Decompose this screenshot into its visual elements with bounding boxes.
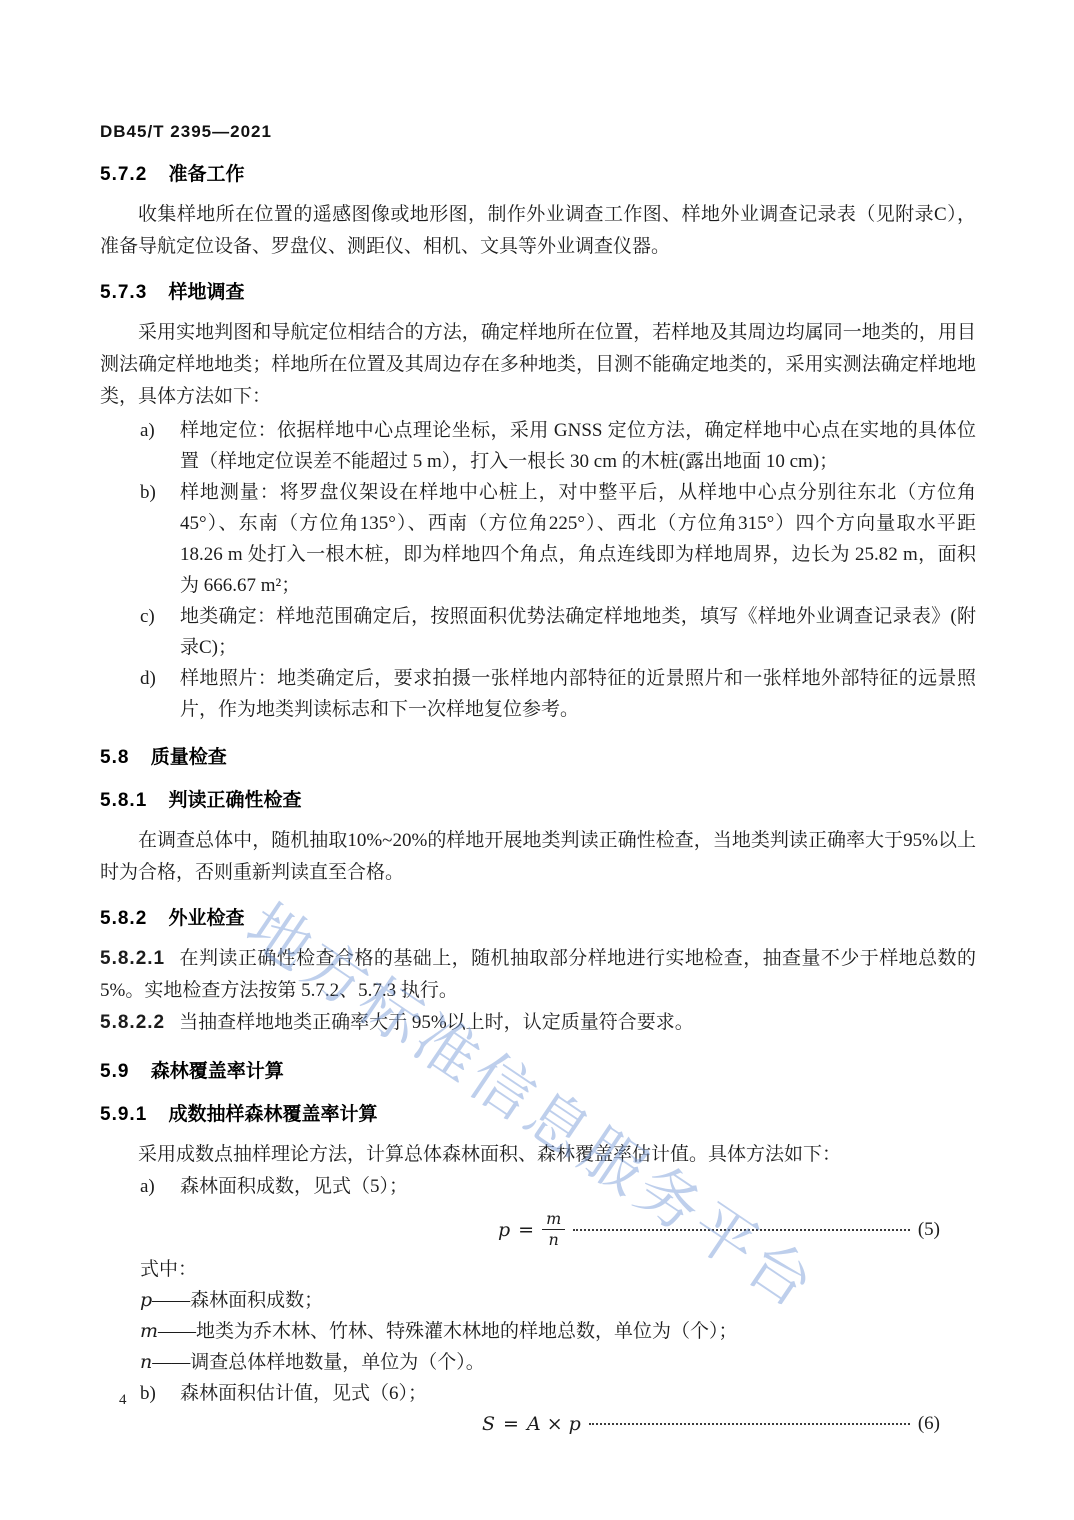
definition-m: m——地类为乔木林、竹林、特殊灌木林地的样地总数，单位为（个）； [140,1316,976,1347]
list-item-marker: c) [140,601,155,632]
definition-n: n——调查总体样地数量，单位为（个）。 [140,1347,976,1378]
list-item-text: 森林面积成数，见式（5）； [180,1176,408,1197]
equation: S = A × p [482,1413,581,1435]
clause-text: 当抽查样地地类正确率大于 95%以上时，认定质量符合要求。 [179,1012,694,1033]
fraction-denominator: n [549,1230,559,1249]
section-heading-58: 5.8 质量检查 [100,745,976,771]
list-item: a) 森林面积成数，见式（5）； [100,1171,976,1202]
heading-number: 5.8.1 [100,790,147,811]
list-item: c) 地类确定：样地范围确定后，按照面积优势法确定样地地类，填写《样地外业调查记… [100,601,976,663]
formula-number: (5) [918,1219,940,1241]
clause-number: 5.8.2.1 [100,948,165,969]
list-item-marker: a) [140,415,155,446]
clause-text: 在判读正确性检查合格的基础上，随机抽取部分样地进行实地检查，抽查量不少于样地总数… [100,948,976,1001]
symbol: n [140,1351,152,1373]
definition-p: p——森林面积成数； [140,1285,976,1316]
heading-number: 5.7.2 [100,164,147,185]
list-item-marker: b) [140,1378,156,1409]
dotted-leader [589,1423,910,1425]
formula-6: S = A × p (6) [100,1413,976,1435]
list-item-text: 样地照片：地类确定后，要求拍摄一张样地内部特征的近景照片和一张样地外部特征的远景… [180,668,976,720]
var-p: p [569,1413,581,1435]
heading-title: 质量检查 [151,747,227,768]
list-item-marker: a) [140,1171,155,1202]
heading-number: 5.8 [100,747,129,768]
definition-text: ——调查总体样地数量，单位为（个）。 [152,1352,485,1373]
symbol: p [140,1289,152,1311]
heading-number: 5.9 [100,1061,129,1082]
list-item: a) 样地定位：依据样地中心点理论坐标，采用 GNSS 定位方法，确定样地中心点… [100,415,976,477]
list-item-marker: d) [140,663,156,694]
list-573: a) 样地定位：依据样地中心点理论坐标，采用 GNSS 定位方法，确定样地中心点… [100,415,976,725]
section-heading-572: 5.7.2 准备工作 [100,162,976,188]
page-content: 5.7.2 准备工作 收集样地所在位置的遥感图像或地形图，制作外业调查工作图、样… [100,162,976,1435]
list-item: d) 样地照片：地类确定后，要求拍摄一张样地内部特征的近景照片和一张样地外部特征… [100,663,976,725]
formula-number: (6) [918,1413,940,1435]
equals-sign: = [518,1219,534,1241]
section-heading-581: 5.8.1 判读正确性检查 [100,788,976,814]
paragraph-581: 在调查总体中，随机抽取10%~20%的样地开展地类判读正确性检查，当地类判读正确… [100,825,976,889]
var-s: S [482,1413,495,1435]
list-item: b) 样地测量：将罗盘仪架设在样地中心桩上，对中整平后，从样地中心点分别往东北（… [100,477,976,601]
heading-title: 成数抽样森林覆盖率计算 [169,1104,378,1125]
heading-title: 样地调查 [169,282,245,303]
document-page: 地方标准信息服务平台 DB45/T 2395—2021 5.7.2 准备工作 收… [0,0,1074,1520]
page-number: 4 [119,1392,127,1409]
list-item: b) 森林面积估计值，见式（6）； [100,1378,976,1409]
section-heading-591: 5.9.1 成数抽样森林覆盖率计算 [100,1102,976,1128]
heading-number: 5.8.2 [100,908,147,929]
section-heading-59: 5.9 森林覆盖率计算 [100,1059,976,1085]
doc-number: DB45/T 2395—2021 [100,122,272,142]
list-item-text: 样地测量：将罗盘仪架设在样地中心桩上，对中整平后，从样地中心点分别往东北（方位角… [180,482,976,596]
definition-text: ——地类为乔木林、竹林、特殊灌木林地的样地总数，单位为（个）； [158,1321,738,1342]
heading-number: 5.9.1 [100,1104,147,1125]
paragraph-573: 采用实地判图和导航定位相结合的方法，确定样地所在位置，若样地及其周边均属同一地类… [100,317,976,413]
multiply-sign: × [547,1413,563,1435]
list-item-text: 地类确定：样地范围确定后，按照面积优势法确定样地地类，填写《样地外业调查记录表》… [180,606,976,658]
definition-text: ——森林面积成数； [152,1290,323,1311]
heading-title: 准备工作 [169,164,245,185]
fraction-numerator: m [542,1210,565,1230]
heading-title: 森林覆盖率计算 [151,1061,284,1082]
paragraph-5822: 5.8.2.2当抽查样地地类正确率大于 95%以上时，认定质量符合要求。 [100,1007,976,1039]
section-heading-582: 5.8.2 外业检查 [100,906,976,932]
formula-5: p = m n (5) [100,1210,976,1249]
heading-title: 判读正确性检查 [169,790,302,811]
paragraph-5821: 5.8.2.1在判读正确性检查合格的基础上，随机抽取部分样地进行实地检查，抽查量… [100,943,976,1007]
var-p: p [498,1219,510,1241]
symbol: m [140,1320,158,1342]
section-heading-573: 5.7.3 样地调查 [100,280,976,306]
dotted-leader [573,1229,910,1231]
paragraph-572: 收集样地所在位置的遥感图像或地形图，制作外业调查工作图、样地外业调查记录表（见附… [100,199,976,263]
heading-title: 外业检查 [169,908,245,929]
heading-number: 5.7.3 [100,282,147,303]
equation: p = m n [498,1210,565,1249]
equals-sign: = [503,1413,519,1435]
clause-number: 5.8.2.2 [100,1012,165,1033]
var-a: A [527,1413,541,1435]
fraction: m n [542,1210,565,1249]
list-item-text: 森林面积估计值，见式（6）； [180,1383,427,1404]
list-item-text: 样地定位：依据样地中心点理论坐标，采用 GNSS 定位方法，确定样地中心点在实地… [180,420,976,472]
paragraph-591: 采用成数点抽样理论方法，计算总体森林面积、森林覆盖率估计值。具体方法如下： [100,1139,976,1171]
list-item-marker: b) [140,477,156,508]
where-label: 式中： [140,1254,976,1285]
